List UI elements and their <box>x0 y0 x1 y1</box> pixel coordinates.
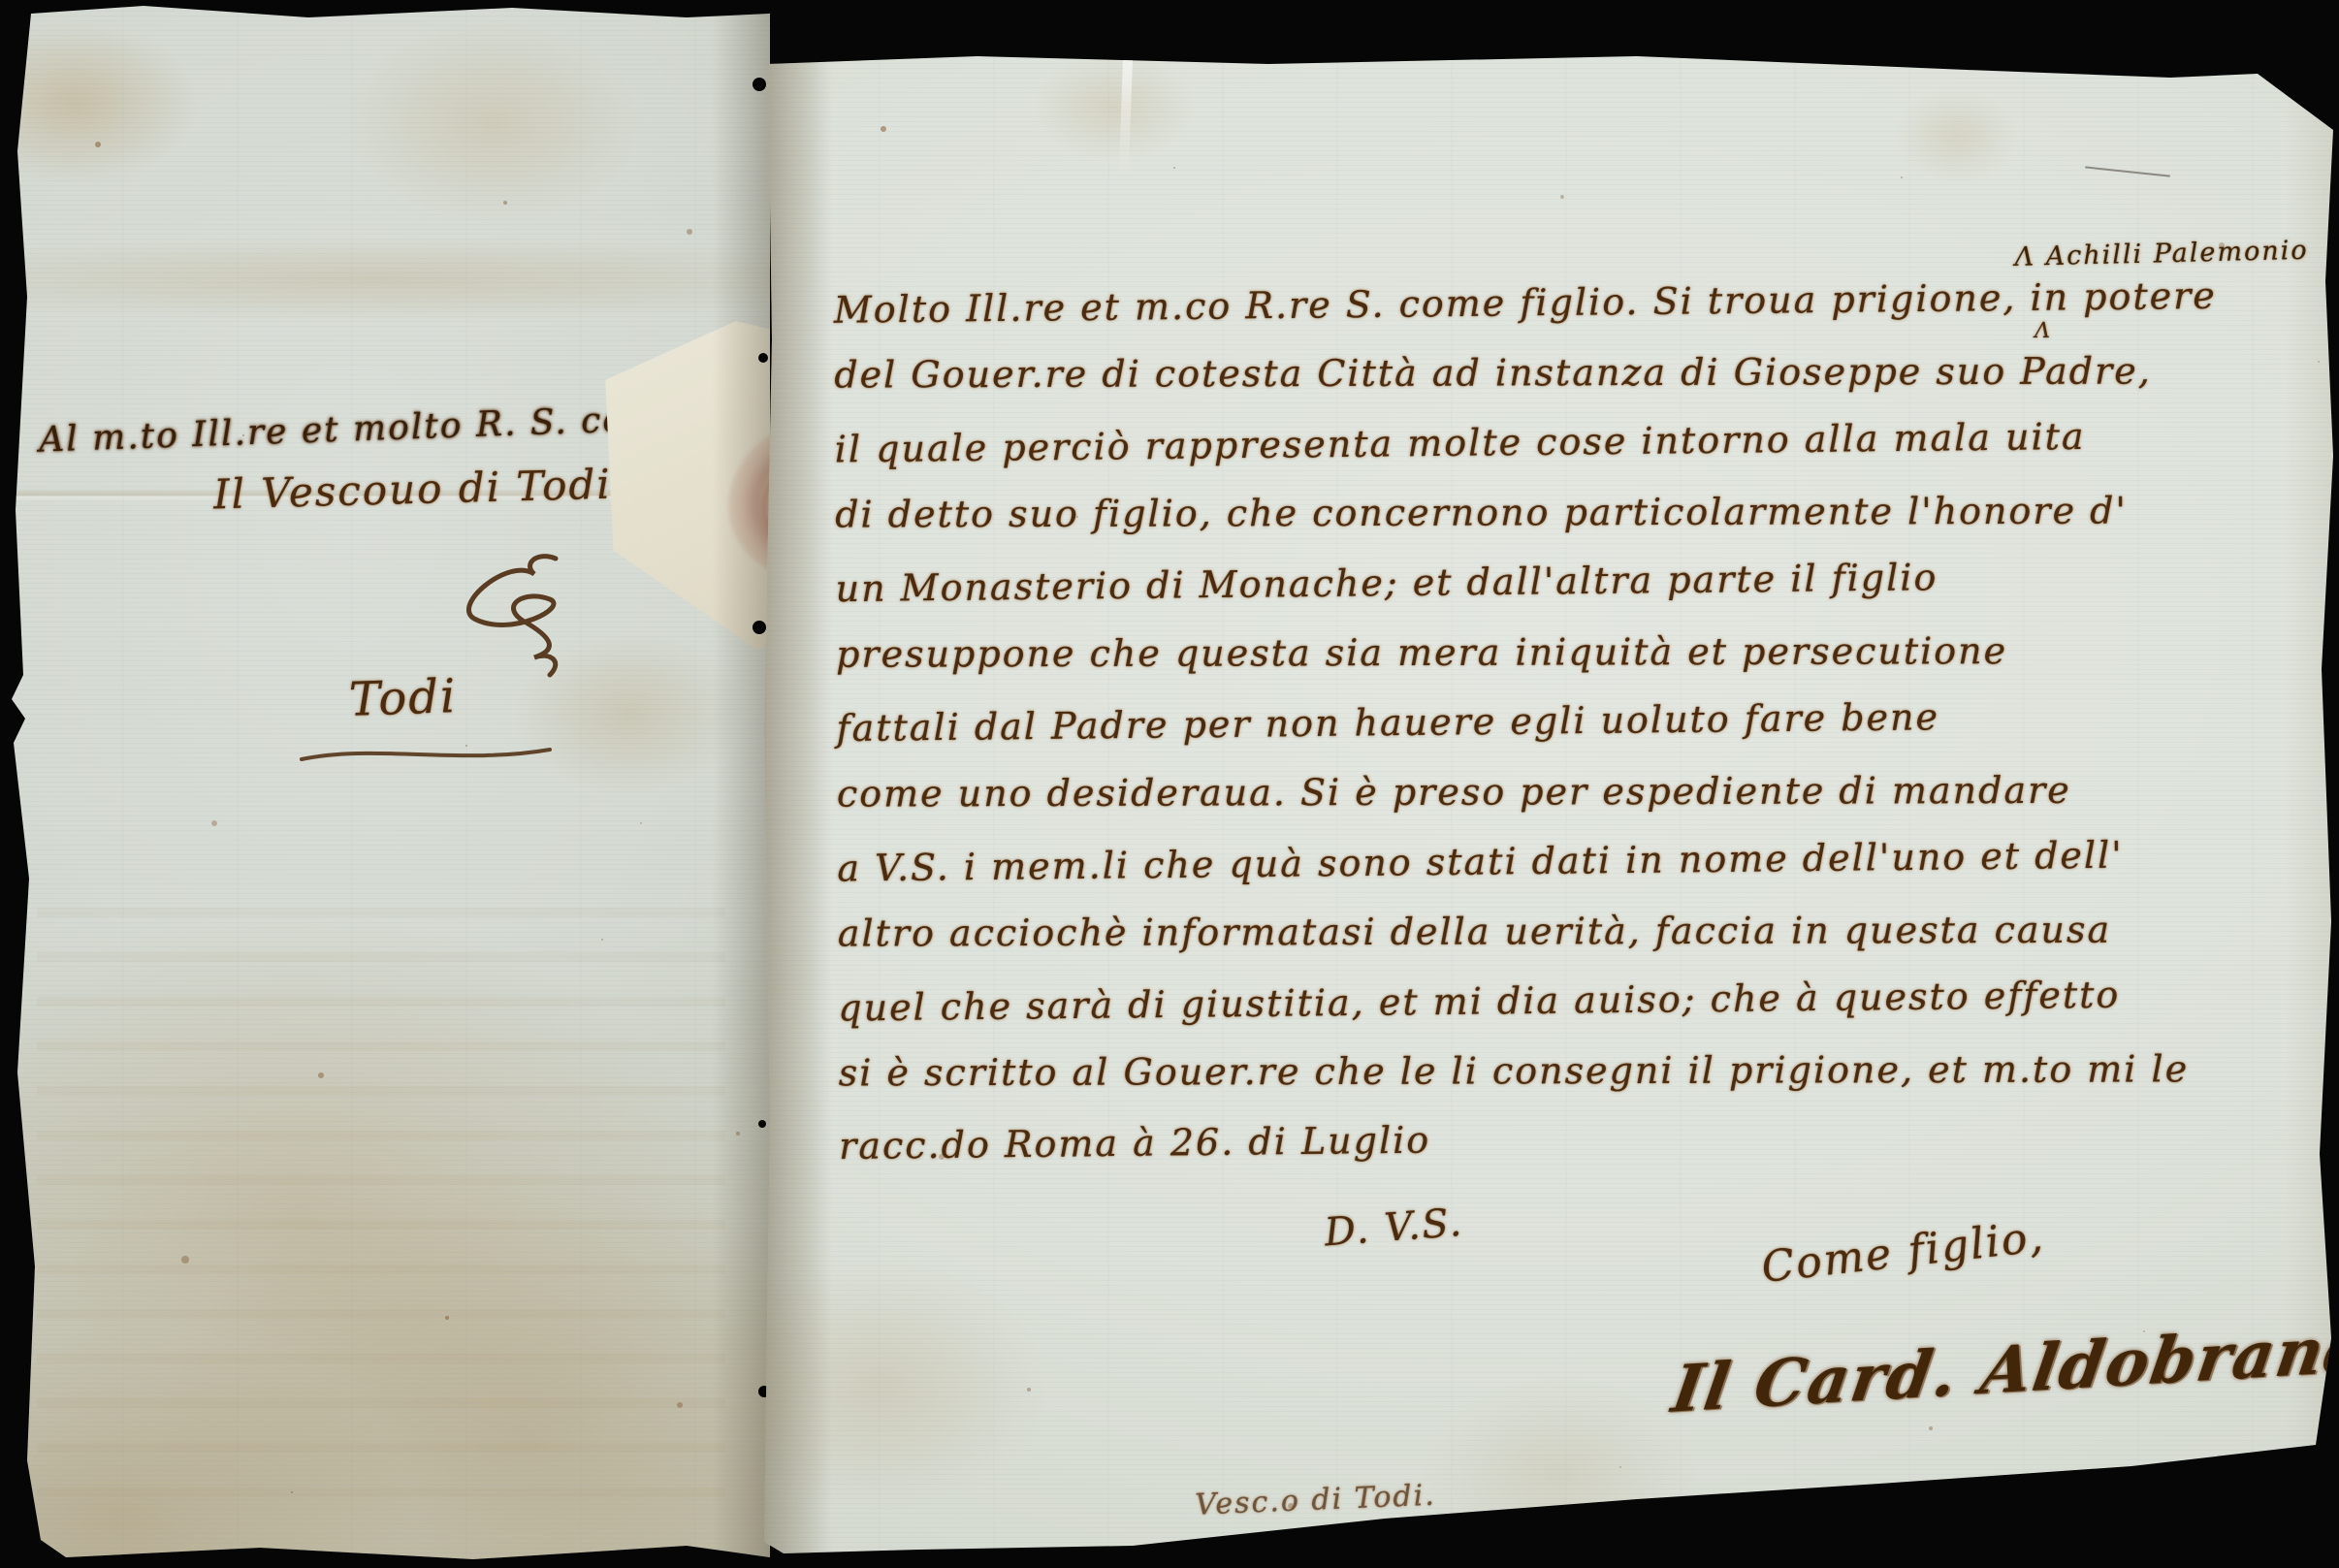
address-line-2: Il Vescouo di Todi <box>212 461 612 519</box>
letter-line: il quale perciò rappresenta molte cose i… <box>835 415 2086 471</box>
letter-line: quel che sarà di giustitia, et mi dia au… <box>838 974 2120 1030</box>
ink-showthrough <box>37 879 725 1519</box>
underline-flourish-icon <box>296 740 558 773</box>
letter-line: un Monasterio di Monache; et dall'altra … <box>835 556 1938 610</box>
letter-line: altro acciochè informatasi della uerità,… <box>838 909 2111 955</box>
valediction: Come figlio, <box>1759 1212 2047 1293</box>
manuscript-scan: Al m.to Ill.re et molto R. S. come figli… <box>0 0 2339 1568</box>
fold-shadow <box>764 48 832 1556</box>
letter-line: racc.do Roma à 26. di Luglio <box>839 1119 1430 1168</box>
insertion-caret: Λ <box>2035 319 2052 343</box>
letter-line: di detto suo figlio, che concernono part… <box>835 490 2128 536</box>
foxing-spots <box>95 142 101 147</box>
fold-shadow <box>712 6 770 1563</box>
letter-line: a V.S. i mem.li che quà sono stati dati … <box>837 834 2124 890</box>
letter-line: Molto Ill.re et m.co R.re S. come figlio… <box>834 274 2217 332</box>
laid-paper-texture <box>8 6 770 1563</box>
docket-note: Vesc.o di Todi. <box>1195 1479 1437 1522</box>
marginal-insertion: Λ Achilli Palemonio <box>2014 236 2309 272</box>
letter-line: come uno desideraua. Si è preso per espe… <box>837 769 2071 816</box>
right-page-letter-leaf: Λ Achilli Palemonio Λ Molto Ill.re et m.… <box>764 48 2333 1556</box>
letter-body: Λ Achilli Palemonio Λ Molto Ill.re et m.… <box>832 44 2305 1560</box>
binding-holes <box>753 78 766 91</box>
signature: Il Card. Aldobrandino <box>1667 1303 2339 1427</box>
letter-line: fattali dal Padre per non hauere egli uo… <box>836 695 1939 750</box>
letter-line: si è scritto al Gouer.re che le li conse… <box>839 1047 2190 1094</box>
valediction-initials: D. V.S. <box>1323 1200 1464 1256</box>
letter-line: presuppone che questa sia mera iniquità … <box>836 629 2007 676</box>
left-page-address-leaf: Al m.to Ill.re et molto R. S. come figli… <box>8 6 770 1563</box>
paraph-flourish-icon <box>441 549 577 704</box>
letter-line: del Gouer.re di cotesta Città ad instanz… <box>834 349 2152 396</box>
paper-stains <box>8 6 770 1563</box>
address-place: Todi <box>348 669 458 727</box>
